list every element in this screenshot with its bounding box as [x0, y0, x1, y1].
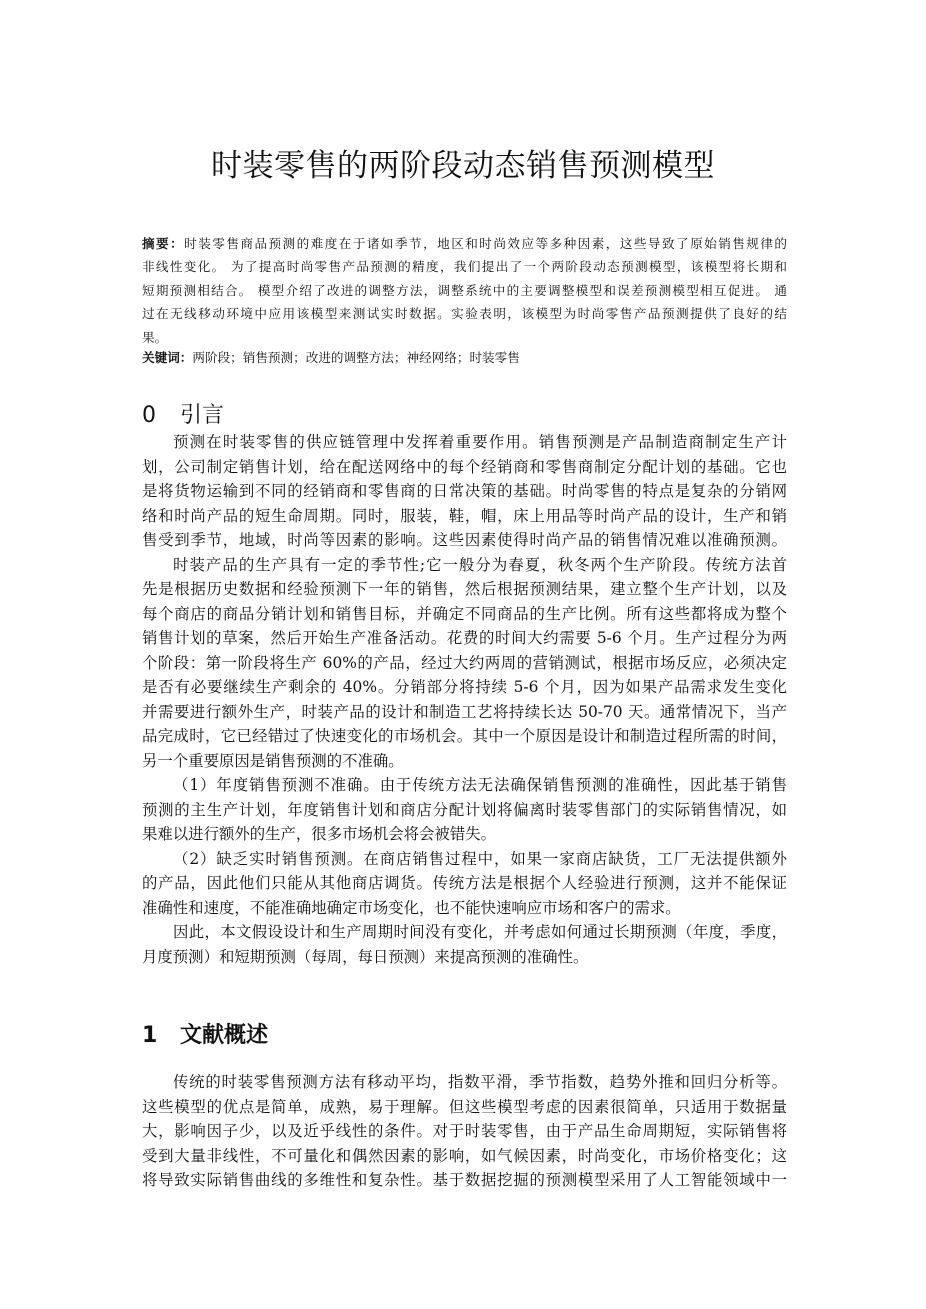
body-line: 大，影响因子少，以及近乎线性的条件。对于时装零售，由于产品生命周期短，实际销售将 — [142, 1119, 787, 1144]
body-line: 果难以进行额外的生产，很多市场机会将会被错失。 — [142, 822, 787, 847]
body-line: 划，公司制定销售计划，给在配送网络中的每个经销商和零售商制定分配计划的基础。它也 — [142, 455, 787, 480]
body-line: 月度预测）和短期预测（每周，每日预测）来提高预测的准确性。 — [142, 945, 787, 970]
body-line: 销售计划的草案，然后开始生产准备活动。花费的时间大约需要 5-6 个月。生产过程… — [142, 626, 787, 651]
abstract-line: 非线性变化。 为了提高时尚零售产品预测的精度，我们提出了一个两阶段动态预测模型，… — [142, 255, 787, 278]
body-line: 个阶段：第一阶段将生产 60%的产品，经过大约两周的营销测试，根据市场反应，必须… — [142, 651, 787, 676]
body-line: 传统的时装零售预测方法有移动平均，指数平滑，季节指数，趋势外推和回归分析等。 — [142, 1070, 787, 1095]
body-line: 络和时尚产品的短生命周期。同时，服装，鞋，帽，床上用品等时尚产品的设计，生产和销 — [142, 504, 787, 529]
body-line: （2）缺乏实时销售预测。在商店销售过程中，如果一家商店缺货，工厂无法提供额外 — [142, 847, 787, 872]
section-number: 0 — [142, 403, 180, 428]
section-number: 1 — [142, 1023, 180, 1048]
keywords-label: 关键词： — [142, 350, 192, 365]
abstract-line: 过在无线移动环境中应用该模型来测试实时数据。实验表明，该模型为时尚零售产品预测提… — [142, 302, 787, 325]
abstract-label: 摘要： — [142, 236, 184, 251]
body-line: 的产品，因此他们只能从其他商店调货。传统方法是根据个人经验进行预测，这并不能保证 — [142, 871, 787, 896]
body-line: 是否有必要继续生产剩余的 40%。分销部分将持续 5-6 个月，因为如果产品需求… — [142, 675, 787, 700]
paper-title: 时装零售的两阶段动态销售预测模型 — [0, 140, 926, 185]
body-line: 时装产品的生产具有一定的季节性;它一般分为春夏，秋冬两个生产阶段。传统方法首 — [142, 553, 787, 578]
body-line: 这些模型的优点是简单，成熟，易于理解。但这些模型考虑的因素很简单，只适用于数据量 — [142, 1095, 787, 1120]
body-line: 每个商店的商品分销计划和销售目标，并确定不同商品的生产比例。所有这些都将成为整个 — [142, 602, 787, 627]
keywords: 关键词：两阶段；销售预测；改进的调整方法；神经网络；时装零售 — [142, 347, 520, 366]
body-line: 预测在时装零售的供应链管理中发挥着重要作用。销售预测是产品制造商制定生产计 — [142, 430, 787, 455]
section-body-introduction: 预测在时装零售的供应链管理中发挥着重要作用。销售预测是产品制造商制定生产计 划，… — [142, 430, 787, 969]
body-line: 售受到季节，地域，时尚等因素的影响。这些因素使得时尚产品的销售情况难以准确预测。 — [142, 528, 787, 553]
keywords-text: 两阶段；销售预测；改进的调整方法；神经网络；时装零售 — [192, 350, 519, 365]
section-title: 文献概述 — [180, 1023, 268, 1048]
section-title: 引言 — [180, 403, 224, 428]
body-line: 受到大量非线性，不可量化和偶然因素的影响，如气候因素，时尚变化，市场价格变化；这 — [142, 1144, 787, 1169]
body-line: 预测的主生产计划，年度销售计划和商店分配计划将偏离时装零售部门的实际销售情况，如 — [142, 798, 787, 823]
body-line: 因此，本文假设设计和生产周期时间没有变化，并考虑如何通过长期预测（年度，季度， — [142, 920, 787, 945]
body-line: （1）年度销售预测不准确。由于传统方法无法确保销售预测的准确性，因此基于销售 — [142, 773, 787, 798]
body-line: 将导致实际销售曲线的多维性和复杂性。基于数据挖掘的预测模型采用了人工智能领域中一 — [142, 1168, 787, 1193]
section-body-literature-review: 传统的时装零售预测方法有移动平均，指数平滑，季节指数，趋势外推和回归分析等。 这… — [142, 1070, 787, 1193]
section-heading-literature-review: 1文献概述 — [142, 1018, 268, 1049]
body-line: 另一个重要原因是销售预测的不准确。 — [142, 749, 787, 774]
abstract-line: 摘要：时装零售商品预测的难度在于诸如季节，地区和时尚效应等多种因素，这些导致了原… — [142, 232, 787, 255]
body-line: 是将货物运输到不同的经销商和零售商的日常决策的基础。时尚零售的特点是复杂的分销网 — [142, 479, 787, 504]
abstract: 摘要：时装零售商品预测的难度在于诸如季节，地区和时尚效应等多种因素，这些导致了原… — [142, 232, 787, 349]
body-line: 并需要进行额外生产，时装产品的设计和制造工艺将持续长达 50-70 天。通常情况… — [142, 700, 787, 725]
abstract-line: 果。 — [142, 326, 787, 349]
body-line: 品完成时，它已经错过了快速变化的市场机会。其中一个原因是设计和制造过程所需的时间… — [142, 724, 787, 749]
body-line: 准确性和速度，不能准确地确定市场变化，也不能快速响应市场和客户的需求。 — [142, 896, 787, 921]
abstract-line: 短期预测相结合。 模型介绍了改进的调整方法，调整系统中的主要调整模型和误差预测模… — [142, 279, 787, 302]
body-line: 先是根据历史数据和经验预测下一年的销售，然后根据预测结果，建立整个生产计划，以及 — [142, 577, 787, 602]
section-heading-introduction: 0引言 — [142, 398, 224, 429]
document-page: 时装零售的两阶段动态销售预测模型 摘要：时装零售商品预测的难度在于诸如季节，地区… — [0, 0, 926, 1309]
